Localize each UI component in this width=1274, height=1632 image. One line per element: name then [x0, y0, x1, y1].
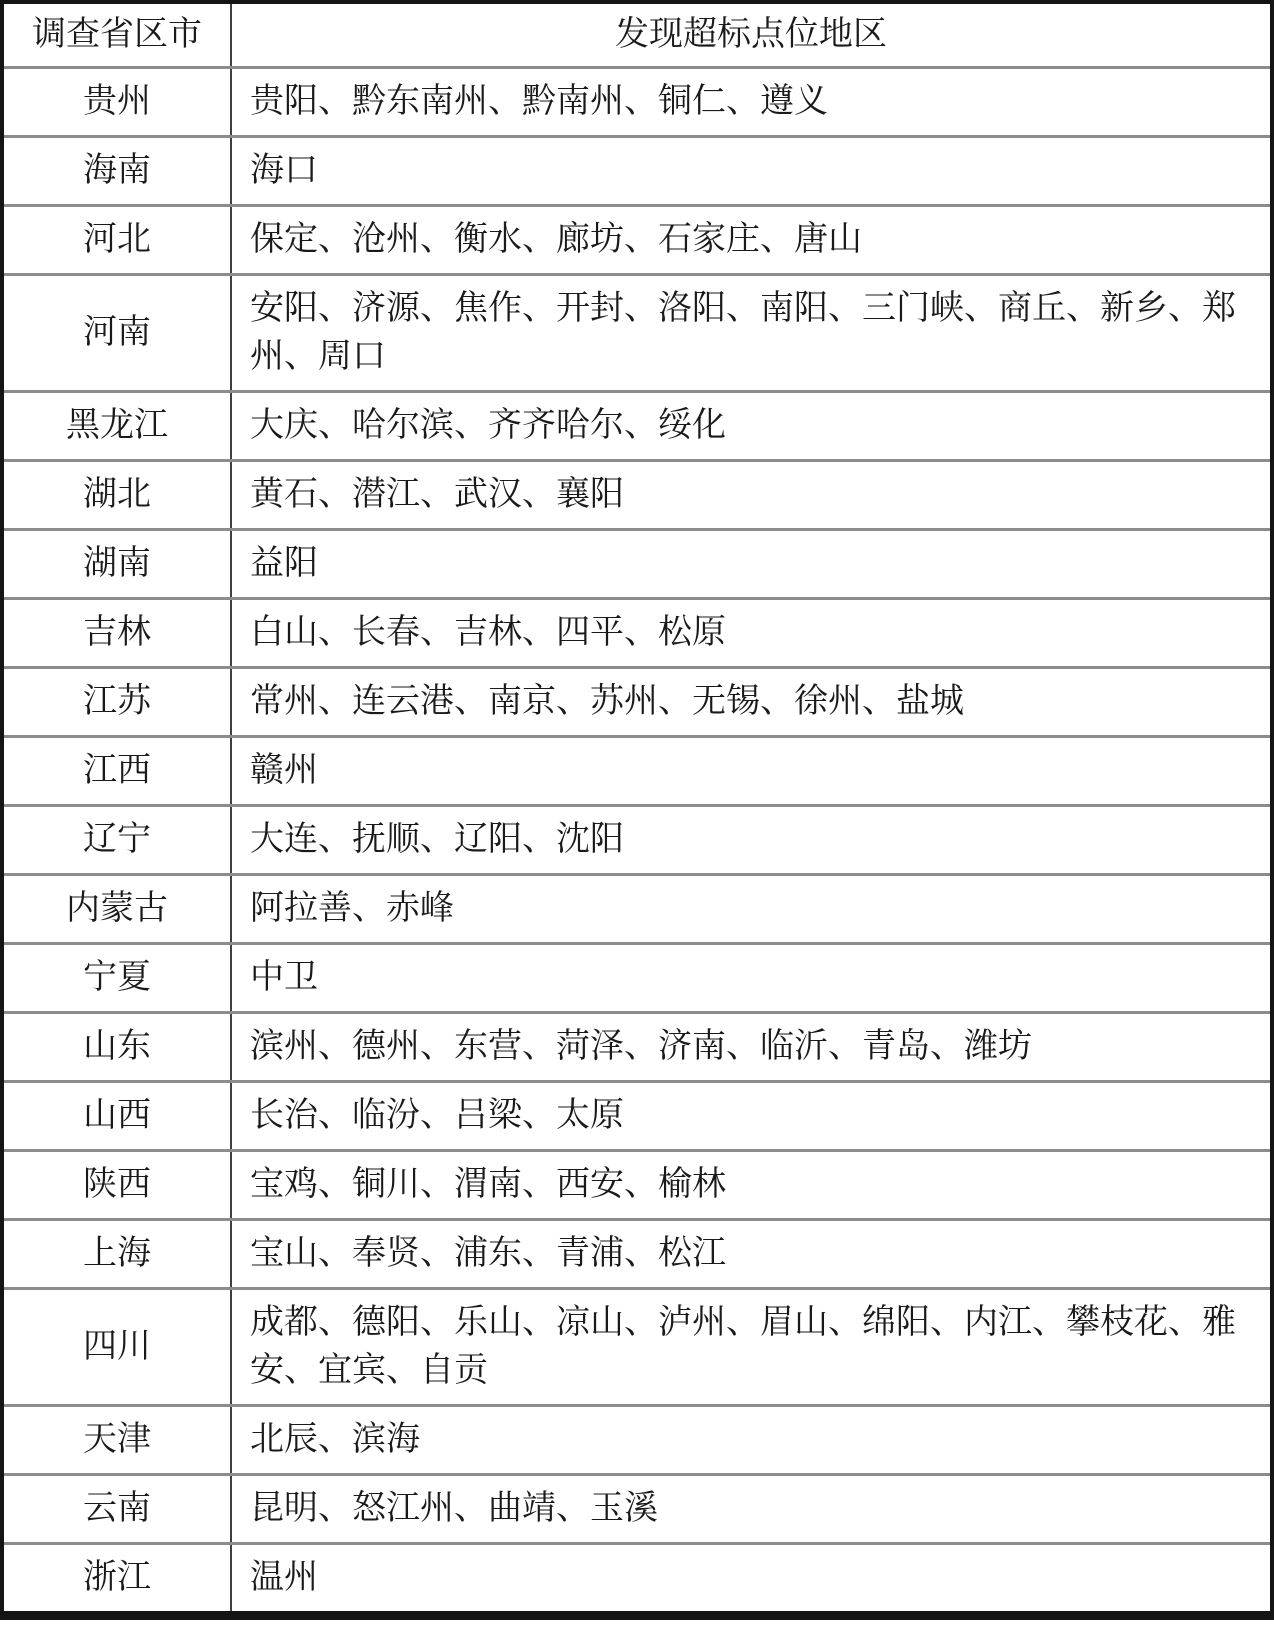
header-row: 调查省区市 发现超标点位地区: [2, 2, 1272, 68]
province-cell: 四川: [2, 1289, 231, 1406]
province-cell: 江西: [2, 737, 231, 806]
province-cell: 湖南: [2, 530, 231, 599]
header-cell-areas: 发现超标点位地区: [231, 2, 1272, 68]
table-row: 贵州贵阳、黔东南州、黔南州、铜仁、遵义: [2, 68, 1272, 137]
areas-cell: 北辰、滨海: [231, 1406, 1272, 1475]
province-cell: 河北: [2, 206, 231, 275]
areas-cell: 安阳、济源、焦作、开封、洛阳、南阳、三门峡、商丘、新乡、郑州、周口: [231, 275, 1272, 392]
table-row: 内蒙古阿拉善、赤峰: [2, 875, 1272, 944]
table-row: 河南安阳、济源、焦作、开封、洛阳、南阳、三门峡、商丘、新乡、郑州、周口: [2, 275, 1272, 392]
areas-cell: 赣州: [231, 737, 1272, 806]
province-cell: 浙江: [2, 1544, 231, 1616]
province-cell: 山东: [2, 1013, 231, 1082]
areas-cell: 海口: [231, 137, 1272, 206]
areas-cell: 黄石、潜江、武汉、襄阳: [231, 461, 1272, 530]
province-cell: 黑龙江: [2, 392, 231, 461]
province-cell: 云南: [2, 1475, 231, 1544]
areas-cell: 常州、连云港、南京、苏州、无锡、徐州、盐城: [231, 668, 1272, 737]
areas-cell: 大庆、哈尔滨、齐齐哈尔、绥化: [231, 392, 1272, 461]
areas-cell: 成都、德阳、乐山、凉山、泸州、眉山、绵阳、内江、攀枝花、雅安、宜宾、自贡: [231, 1289, 1272, 1406]
table-row: 浙江温州: [2, 1544, 1272, 1616]
table-row: 天津北辰、滨海: [2, 1406, 1272, 1475]
table-row: 山西长治、临汾、吕梁、太原: [2, 1082, 1272, 1151]
table-row: 云南昆明、怒江州、曲靖、玉溪: [2, 1475, 1272, 1544]
areas-cell: 贵阳、黔东南州、黔南州、铜仁、遵义: [231, 68, 1272, 137]
province-cell: 上海: [2, 1220, 231, 1289]
province-cell: 江苏: [2, 668, 231, 737]
table-row: 山东滨州、德州、东营、菏泽、济南、临沂、青岛、潍坊: [2, 1013, 1272, 1082]
province-cell: 海南: [2, 137, 231, 206]
province-cell: 陕西: [2, 1151, 231, 1220]
areas-cell: 温州: [231, 1544, 1272, 1616]
areas-cell: 宝山、奉贤、浦东、青浦、松江: [231, 1220, 1272, 1289]
table-row: 湖北黄石、潜江、武汉、襄阳: [2, 461, 1272, 530]
province-cell: 辽宁: [2, 806, 231, 875]
table-row: 江苏常州、连云港、南京、苏州、无锡、徐州、盐城: [2, 668, 1272, 737]
areas-cell: 白山、长春、吉林、四平、松原: [231, 599, 1272, 668]
table-row: 吉林白山、长春、吉林、四平、松原: [2, 599, 1272, 668]
province-cell: 山西: [2, 1082, 231, 1151]
document-page: 调查省区市 发现超标点位地区 贵州贵阳、黔东南州、黔南州、铜仁、遵义海南海口河北…: [0, 0, 1274, 1632]
areas-cell: 阿拉善、赤峰: [231, 875, 1272, 944]
areas-cell: 宝鸡、铜川、渭南、西安、榆林: [231, 1151, 1272, 1220]
areas-cell: 益阳: [231, 530, 1272, 599]
table-row: 陕西宝鸡、铜川、渭南、西安、榆林: [2, 1151, 1272, 1220]
province-cell: 宁夏: [2, 944, 231, 1013]
table-row: 海南海口: [2, 137, 1272, 206]
areas-cell: 滨州、德州、东营、菏泽、济南、临沂、青岛、潍坊: [231, 1013, 1272, 1082]
areas-cell: 中卫: [231, 944, 1272, 1013]
areas-cell: 昆明、怒江州、曲靖、玉溪: [231, 1475, 1272, 1544]
areas-cell: 保定、沧州、衡水、廊坊、石家庄、唐山: [231, 206, 1272, 275]
province-cell: 内蒙古: [2, 875, 231, 944]
table-row: 湖南益阳: [2, 530, 1272, 599]
table-header: 调查省区市 发现超标点位地区: [2, 2, 1272, 68]
exceedance-areas-table: 调查省区市 发现超标点位地区 贵州贵阳、黔东南州、黔南州、铜仁、遵义海南海口河北…: [0, 0, 1274, 1620]
province-cell: 河南: [2, 275, 231, 392]
table-body: 贵州贵阳、黔东南州、黔南州、铜仁、遵义海南海口河北保定、沧州、衡水、廊坊、石家庄…: [2, 68, 1272, 1616]
areas-cell: 大连、抚顺、辽阳、沈阳: [231, 806, 1272, 875]
table-row: 宁夏中卫: [2, 944, 1272, 1013]
table-row: 江西赣州: [2, 737, 1272, 806]
province-cell: 贵州: [2, 68, 231, 137]
table-row: 四川成都、德阳、乐山、凉山、泸州、眉山、绵阳、内江、攀枝花、雅安、宜宾、自贡: [2, 1289, 1272, 1406]
table-row: 黑龙江大庆、哈尔滨、齐齐哈尔、绥化: [2, 392, 1272, 461]
table-row: 河北保定、沧州、衡水、廊坊、石家庄、唐山: [2, 206, 1272, 275]
table-row: 辽宁大连、抚顺、辽阳、沈阳: [2, 806, 1272, 875]
table-row: 上海宝山、奉贤、浦东、青浦、松江: [2, 1220, 1272, 1289]
province-cell: 吉林: [2, 599, 231, 668]
province-cell: 天津: [2, 1406, 231, 1475]
province-cell: 湖北: [2, 461, 231, 530]
header-cell-province: 调查省区市: [2, 2, 231, 68]
areas-cell: 长治、临汾、吕梁、太原: [231, 1082, 1272, 1151]
